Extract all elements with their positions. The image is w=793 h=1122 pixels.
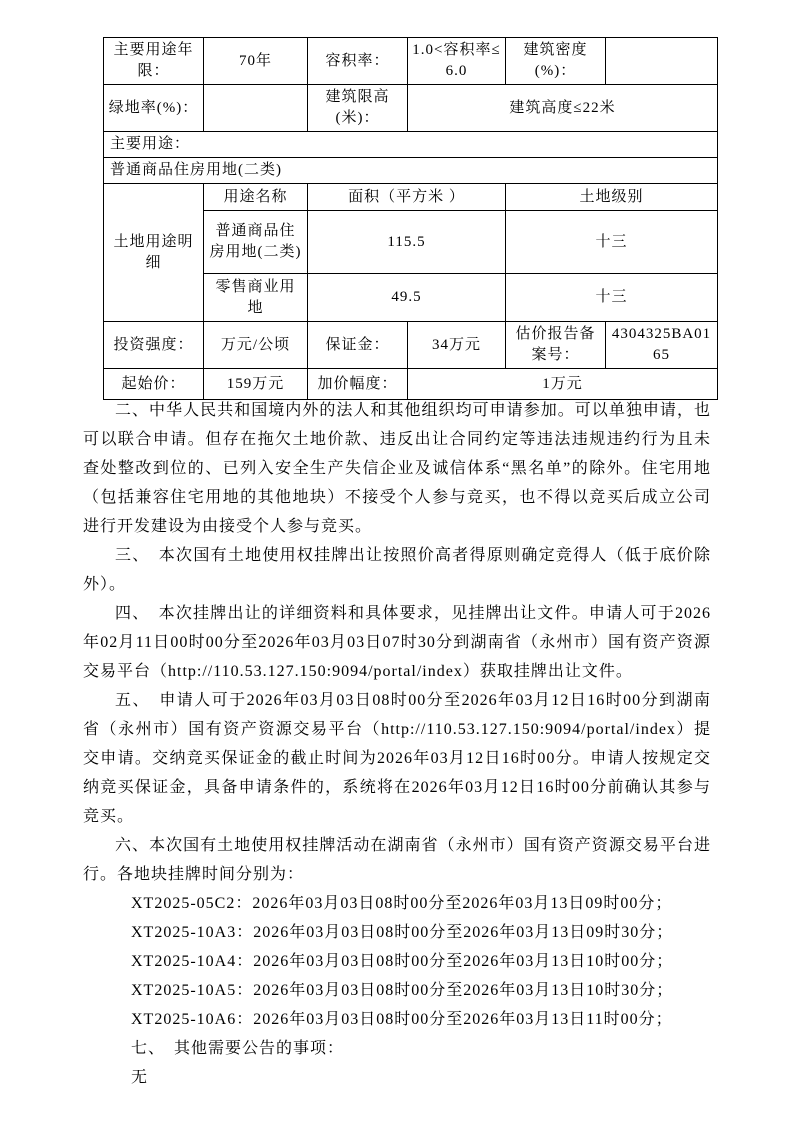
height-limit-value: 建筑高度≤22米 [408, 85, 718, 132]
building-density-label: 建筑密度(%)： [506, 38, 606, 85]
usage-years-label: 主要用途年限： [104, 38, 204, 85]
listing-schedule-item: XT2025-10A6：2026年03月03日08时00分至2026年03月13… [83, 1005, 711, 1034]
appraisal-report-value: 4304325BA0165 [606, 322, 718, 369]
listing-schedule-item: XT2025-10A4：2026年03月03日08时00分至2026年03月13… [83, 947, 711, 976]
deposit-value: 34万元 [408, 322, 506, 369]
detail-row-area: 49.5 [308, 274, 506, 322]
table-row: 主要用途年限： 70年 容积率： 1.0<容积率≤6.0 建筑密度(%)： [104, 38, 718, 85]
table-row: 普通商品住房用地(二类) [104, 158, 718, 184]
land-parcel-table: 主要用途年限： 70年 容积率： 1.0<容积率≤6.0 建筑密度(%)： 绿地… [103, 37, 718, 400]
table-row: 主要用途： [104, 132, 718, 158]
listing-schedule-item: XT2025-10A3：2026年03月03日08时00分至2026年03月13… [83, 918, 711, 947]
clause-2: 二、中华人民共和国境内外的法人和其他组织均可申请参加。可以单独申请，也可以联合申… [83, 396, 711, 541]
clause-6: 六、本次国有土地使用权挂牌活动在湖南省（永州市）国有资产资源交易平台进行。各地块… [83, 831, 711, 889]
height-limit-label: 建筑限高(米)： [308, 85, 408, 132]
investment-intensity-value: 万元/公顷 [204, 322, 308, 369]
clause-3: 三、 本次国有土地使用权挂牌出让按照价高者得原则确定竞得人（低于底价除外）。 [83, 541, 711, 599]
detail-row-name: 普通商品住房用地(二类) [204, 211, 308, 274]
floor-area-ratio-value: 1.0<容积率≤6.0 [408, 38, 506, 85]
appraisal-report-label: 估价报告备案号： [506, 322, 606, 369]
detail-row-name: 零售商业用地 [204, 274, 308, 322]
start-price-value: 159万元 [204, 369, 308, 400]
increment-label: 加价幅度： [308, 369, 408, 400]
investment-intensity-label: 投资强度： [104, 322, 204, 369]
detail-row-grade: 十三 [506, 211, 718, 274]
clause-7: 七、 其他需要公告的事项： [83, 1034, 711, 1063]
detail-row-grade: 十三 [506, 274, 718, 322]
clause-7-content: 无 [83, 1063, 711, 1092]
table-row: 绿地率(%)： 建筑限高(米)： 建筑高度≤22米 [104, 85, 718, 132]
clause-4: 四、 本次挂牌出让的详细资料和具体要求，见挂牌出让文件。申请人可于2026年02… [83, 599, 711, 686]
land-grade-header: 土地级别 [506, 184, 718, 211]
clause-5: 五、 申请人可于2026年03月03日08时00分至2026年03月12日16时… [83, 686, 711, 831]
detail-row-area: 115.5 [308, 211, 506, 274]
building-density-value [606, 38, 718, 85]
announcement-body: 二、中华人民共和国境内外的法人和其他组织均可申请参加。可以单独申请，也可以联合申… [83, 396, 711, 1092]
document-page: 主要用途年限： 70年 容积率： 1.0<容积率≤6.0 建筑密度(%)： 绿地… [0, 0, 793, 1122]
use-name-header: 用途名称 [204, 184, 308, 211]
area-header: 面积（平方米 ） [308, 184, 506, 211]
table-row: 土地用途明细 用途名称 面积（平方米 ） 土地级别 [104, 184, 718, 211]
table-row: 起始价： 159万元 加价幅度： 1万元 [104, 369, 718, 400]
land-use-detail-label: 土地用途明细 [104, 184, 204, 322]
table-row: 投资强度： 万元/公顷 保证金： 34万元 估价报告备案号： 4304325BA… [104, 322, 718, 369]
main-use-value: 普通商品住房用地(二类) [104, 158, 718, 184]
green-ratio-label: 绿地率(%)： [104, 85, 204, 132]
floor-area-ratio-label: 容积率： [308, 38, 408, 85]
listing-schedule-item: XT2025-10A5：2026年03月03日08时00分至2026年03月13… [83, 976, 711, 1005]
listing-schedule-item: XT2025-05C2：2026年03月03日08时00分至2026年03月13… [83, 889, 711, 918]
green-ratio-value [204, 85, 308, 132]
increment-value: 1万元 [408, 369, 718, 400]
main-use-label: 主要用途： [104, 132, 718, 158]
usage-years-value: 70年 [204, 38, 308, 85]
start-price-label: 起始价： [104, 369, 204, 400]
deposit-label: 保证金： [308, 322, 408, 369]
